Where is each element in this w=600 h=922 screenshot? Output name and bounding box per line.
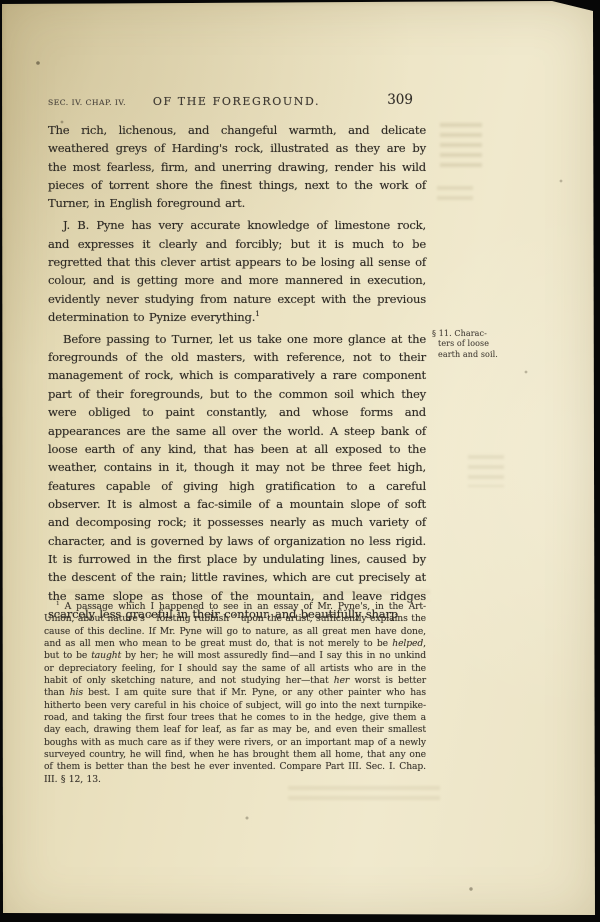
footnote: 1 A passage which I happened to see in a… [44,601,426,786]
page-header: SEC. IV. CHAP. IV. OF THE FOREGROUND. 30… [48,94,425,110]
body-text: The rich, lichenous, and changeful warmt… [48,121,426,627]
bleed-through-ghost [468,455,504,487]
bleed-through-ghost [437,186,473,205]
margin-note-line: earth and soil. [432,350,544,360]
paragraph-1: The rich, lichenous, and changeful warmt… [48,121,426,213]
margin-note: § 11. Charac- ters of loose earth and so… [432,329,544,360]
bleed-through-ghost [440,123,482,167]
bleed-through-ghost [288,786,440,805]
paragraph-2: J. B. Pyne has very accurate knowledge o… [48,216,426,326]
margin-note-line: § 11. Charac- [432,329,544,339]
book-page: SEC. IV. CHAP. IV. OF THE FOREGROUND. 30… [0,0,600,922]
paper-specks [0,0,2,2]
scan-background: SEC. IV. CHAP. IV. OF THE FOREGROUND. 30… [0,0,600,922]
margin-note-line: ters of loose [432,339,544,349]
paragraph-3: Before passing to Turner, let us take on… [48,330,426,624]
page-number: 309 [387,92,413,108]
running-title: OF THE FOREGROUND. [48,95,425,108]
